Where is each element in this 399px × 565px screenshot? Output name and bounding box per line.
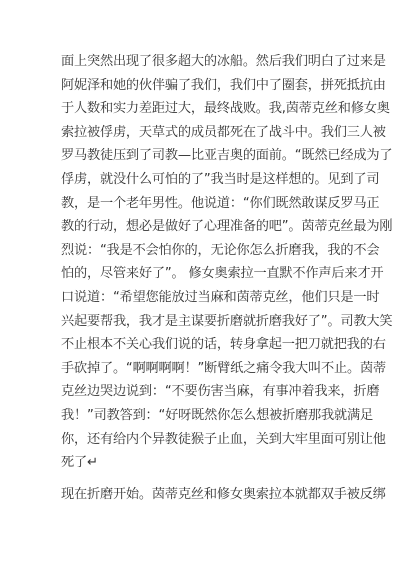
text-line: 索拉被俘虏，天草式的成员都死在了战斗中。我们三人被 xyxy=(61,121,331,145)
text-line: 怕的，尽管来好了”。 修女奥索拉一直默不作声后来才开 xyxy=(61,262,331,286)
text-line: 俘虏，就没什么可怕的了”我当时是这样想的。见到了司 xyxy=(61,168,331,192)
text-line: 教的行动，想必是做好了心理准备的吧”。茵蒂克丝最为刚 xyxy=(61,215,331,239)
text-line: 你，还有给内个异教徒猴子止血，关到大牢里面可别让他 xyxy=(61,428,331,452)
text-line: 烈说：“我是不会怕你的，无论你怎么折磨我，我的不会 xyxy=(61,239,331,263)
text-line: 手砍掉了。“啊啊啊啊！”断臂纸之痛令我大叫不止。茵蒂 xyxy=(61,357,331,381)
paragraph-2: 现在折磨开始。茵蒂克丝和修女奥索拉本就都双手被反绑 xyxy=(61,483,331,507)
text-line: 现在折磨开始。茵蒂克丝和修女奥索拉本就都双手被反绑 xyxy=(61,483,331,507)
text-line: 不止根本不关心我们说的话，转身拿起一把刀就把我的右 xyxy=(61,333,331,357)
text-line: 教，是一个老年男性。他说道：“你们既然敢谋反罗马正 xyxy=(61,192,331,216)
text-line: 克丝边哭边说到：“不要伤害当麻，有事冲着我来，折磨 xyxy=(61,380,331,404)
text-line: 我！”司教答到：“好呀既然你怎么想被折磨那我就满足 xyxy=(61,404,331,428)
text-line: 面上突然出现了很多超大的冰船。然后我们明白了过来是 xyxy=(61,50,331,74)
text-line: 于人数和实力差距过大，最终战败。我,茵蒂克丝和修女奥 xyxy=(61,97,331,121)
paragraph-1: 面上突然出现了很多超大的冰船。然后我们明白了过来是 阿妮泽和她的伙伴骗了我们，我… xyxy=(61,50,331,475)
text-line: 兴起要帮我，我才是主谋要折磨就折磨我好了”。司教大笑 xyxy=(61,310,331,334)
text-line: 阿妮泽和她的伙伴骗了我们，我们中了圈套，拼死抵抗由 xyxy=(61,74,331,98)
text-line: 死了↵ xyxy=(61,451,331,475)
text-line: 口说道：“希望您能放过当麻和茵蒂克丝，他们只是一时 xyxy=(61,286,331,310)
document-page: 面上突然出现了很多超大的冰船。然后我们明白了过来是 阿妮泽和她的伙伴骗了我们，我… xyxy=(0,0,399,565)
text-line: 罗马教徒压到了司教—比亚吉奥的面前。“既然已经成为了 xyxy=(61,144,331,168)
